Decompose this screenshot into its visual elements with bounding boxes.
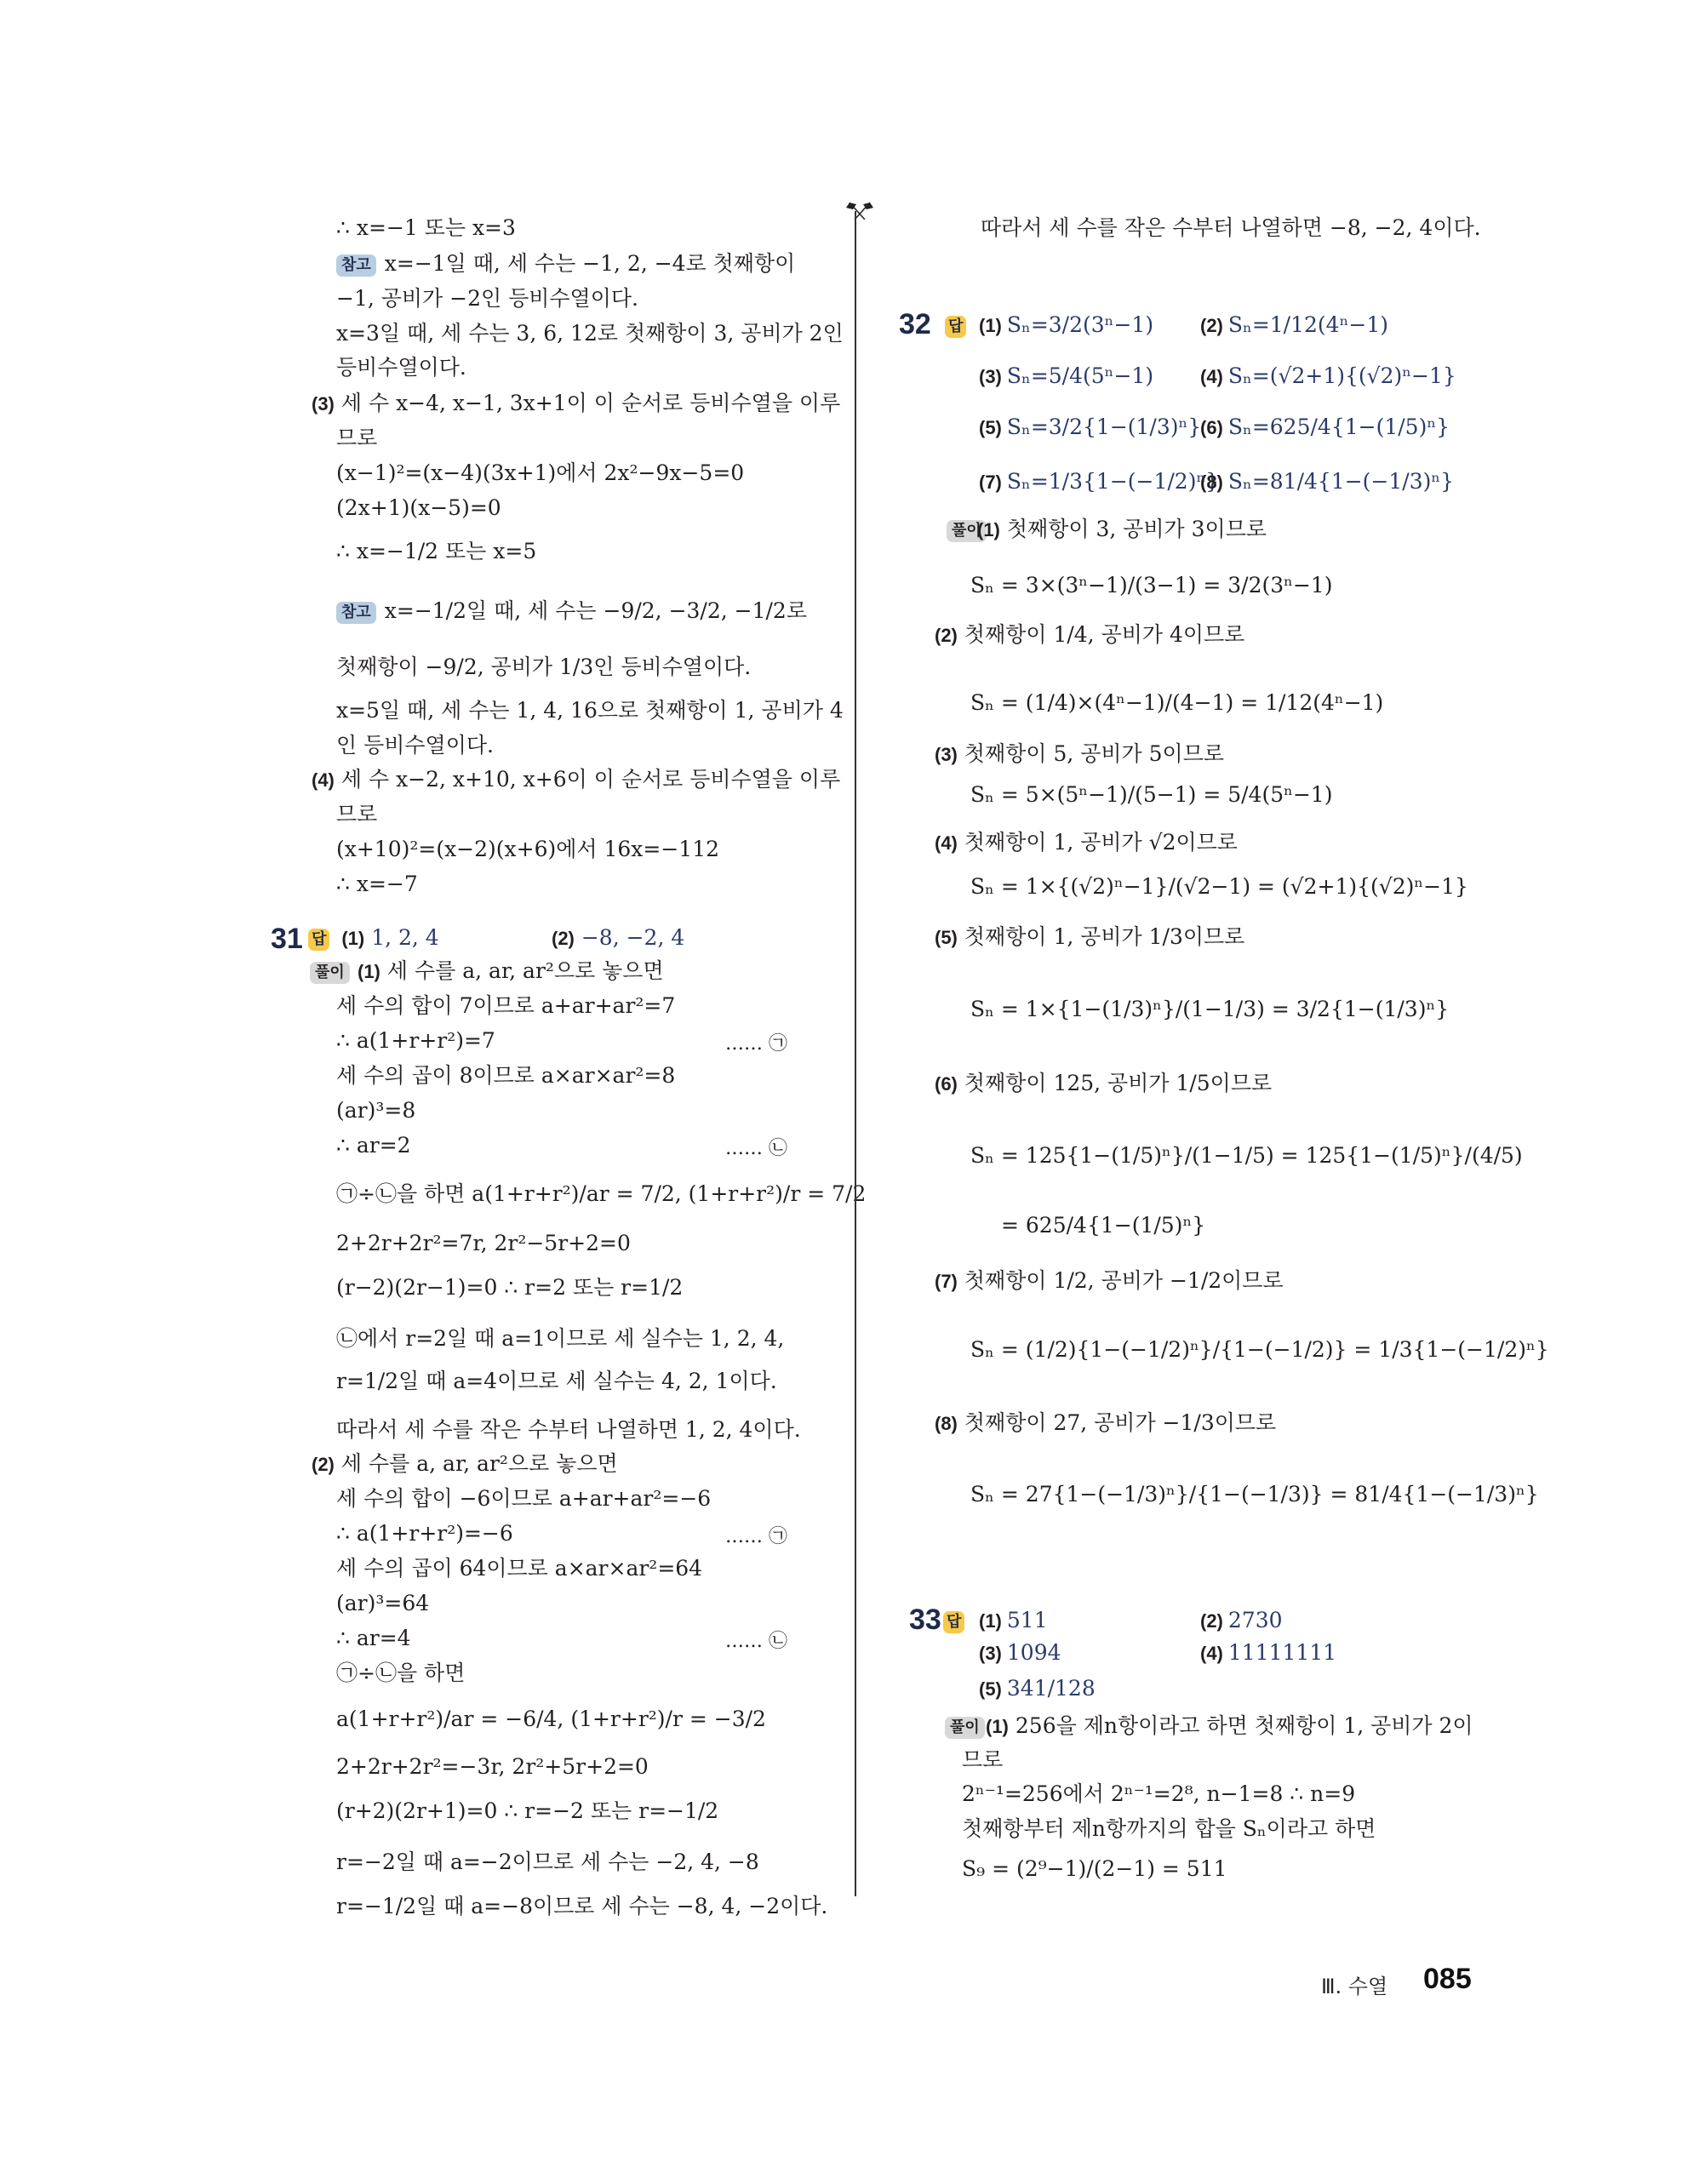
column-divider (855, 211, 856, 1896)
line-text: x=3일 때, 세 수는 3, 6, 12로 첫째항이 3, 공비가 2인 (336, 321, 844, 346)
answer-item: (4)Sₙ=(√2+1){(√2)ⁿ−1} (1200, 361, 1456, 392)
line-text: 첫째항이 1, 공비가 1/3이므로 (964, 924, 1244, 949)
line-text: 세 수를 a, ar, ar²으로 놓으면 (387, 958, 664, 983)
answer-value: −8, −2, 4 (581, 925, 684, 950)
sub-question-label: (7) (935, 1271, 958, 1292)
line-text: ∴ x=−1 또는 x=3 (336, 215, 516, 240)
answer-badge: 답 (308, 929, 329, 951)
answer-label: (7) (979, 472, 1002, 493)
solution-line: ∴ ar=4 (336, 1623, 411, 1654)
text-line: −1, 공비가 −2인 등비수열이다. (336, 283, 638, 314)
solution-line: (7)첫째항이 1/2, 공비가 −1/2이므로 (935, 1266, 1284, 1297)
solution-line: Sₙ = 1×{1−(1/3)ⁿ}/(1−1/3) = 3/2{1−(1/3)ⁿ… (970, 994, 1449, 1025)
line-text: 므로 (962, 1747, 1003, 1772)
line-text: 등비수열이다. (336, 355, 466, 380)
answer-label: (2) (1200, 1610, 1223, 1632)
solution-line: ㉠÷㉡을 하면 (336, 1658, 465, 1689)
line-text: (r+2)(2r+1)=0 ∴ r=−2 또는 r=−1/2 (336, 1798, 718, 1823)
solution-line: ∴ a(1+r+r²)=−6 (336, 1518, 513, 1549)
line-text: 므로 (336, 802, 377, 826)
page-number: 085 (1423, 1963, 1472, 1996)
sub-question-label: (3) (312, 393, 335, 415)
text-line: x=5일 때, 세 수는 1, 4, 16으로 첫째항이 1, 공비가 4 (336, 695, 844, 726)
line-text: 므로 (336, 426, 377, 450)
line-text: 세 수의 합이 −6이므로 a+ar+ar²=−6 (336, 1486, 711, 1511)
sub-question-label: (2) (935, 625, 958, 646)
answer-item: (1)511 (979, 1605, 1048, 1637)
solution-badge: 풀이 (310, 962, 350, 984)
sub-question-label: (4) (935, 832, 958, 854)
answer-label: (8) (1200, 472, 1223, 493)
answer-item: (8)Sₙ=81/4{1−(−1/3)ⁿ} (1200, 466, 1454, 498)
sub-question-label: (6) (935, 1073, 958, 1095)
solution-line: (ar)³=64 (336, 1588, 429, 1619)
line-text: 2+2r+2r²=−3r, 2r²+5r+2=0 (336, 1754, 649, 1779)
solution-line: ㉡에서 r=2일 때 a=1이므로 세 실수는 1, 2, 4, (336, 1324, 784, 1354)
line-text: ㉡에서 r=2일 때 a=1이므로 세 실수는 1, 2, 4, (336, 1326, 784, 1351)
solution-line: (8)첫째항이 27, 공비가 −1/3이므로 (935, 1408, 1276, 1439)
answer-item: (5)341/128 (979, 1673, 1096, 1705)
line-text: 세 수를 a, ar, ar²으로 놓으면 (341, 1451, 618, 1476)
question-number-33: 33 (909, 1604, 941, 1637)
answer-label: (1) (341, 928, 364, 949)
answer-label: (5) (979, 1678, 1002, 1700)
answer-value: 11111111 (1228, 1640, 1336, 1665)
line-text: 첫째항이 5, 공비가 5이므로 (964, 741, 1224, 766)
line-text: 세 수 x−4, x−1, 3x+1이 이 순서로 등비수열을 이루 (341, 391, 840, 415)
answer-item: (2)2730 (1200, 1605, 1283, 1637)
answer-value: 1094 (1007, 1640, 1061, 1665)
line-text: 세 수 x−2, x+10, x+6이 이 순서로 등비수열을 이루 (341, 767, 840, 792)
solution-line: 첫째항부터 제n항까지의 합을 Sₙ이라고 하면 (962, 1814, 1376, 1844)
answer-item: (3)Sₙ=5/4(5ⁿ−1) (979, 361, 1153, 392)
text-line: ∴ x=−7 (336, 869, 418, 900)
line-text: Sₙ = 1×{(√2)ⁿ−1}/(√2−1) = (√2+1){(√2)ⁿ−1… (970, 874, 1468, 899)
answer-value: 511 (1007, 1608, 1048, 1632)
text-line: (x−1)²=(x−4)(3x+1)에서 2x²−9x−5=0 (336, 458, 744, 489)
solution-line: 세 수의 곱이 8이므로 a×ar×ar²=8 (336, 1061, 675, 1091)
answer-item: (7)Sₙ=1/3{1−(−1/2)ⁿ} (979, 466, 1219, 498)
solution-line: (4)첫째항이 1, 공비가 √2이므로 (935, 827, 1238, 859)
line-text: −1, 공비가 −2인 등비수열이다. (336, 286, 638, 311)
text-line: ∴ x=−1 또는 x=3 (336, 213, 516, 243)
answer-label: (1) (979, 1610, 1002, 1632)
answer-item: (4)11111111 (1200, 1638, 1336, 1669)
line-text: ∴ x=−7 (336, 872, 418, 896)
line-text: (x+10)²=(x−2)(x+6)에서 16x=−112 (336, 837, 719, 861)
answer-value: 2730 (1228, 1608, 1283, 1632)
solution-line: 세 수의 곱이 64이므로 a×ar×ar²=64 (336, 1553, 702, 1584)
line-text: 첫째항이 1, 공비가 √2이므로 (964, 830, 1238, 855)
answer-badge: 답 (945, 316, 966, 338)
text-line: 참고x=−1/2일 때, 세 수는 −9/2, −3/2, −1/2로 (336, 596, 807, 626)
line-text: 첫째항이 1/2, 공비가 −1/2이므로 (964, 1268, 1284, 1293)
line-text: (2x+1)(x−5)=0 (336, 495, 501, 520)
answer-value: Sₙ=1/3{1−(−1/2)ⁿ} (1007, 469, 1219, 494)
document-page: ∴ x=−1 또는 x=3참고x=−1일 때, 세 수는 −1, 2, −4로 … (0, 0, 1682, 2184)
q33-answer-badge-row: 답 (943, 1605, 970, 1636)
line-text: r=1/2일 때 a=4이므로 세 실수는 4, 2, 1이다. (336, 1369, 777, 1393)
line-text: 2ⁿ⁻¹=256에서 2ⁿ⁻¹=2⁸, n−1=8 ∴ n=9 (962, 1781, 1355, 1806)
answer-label: (6) (1200, 417, 1223, 438)
line-text: Sₙ = 27{1−(−1/3)ⁿ}/{1−(−1/3)} = 81/4{1−(… (970, 1482, 1539, 1507)
answer-value: Sₙ=81/4{1−(−1/3)ⁿ} (1228, 469, 1454, 494)
text-line: 인 등비수열이다. (336, 730, 494, 761)
solution-line: Sₙ = (1/2){1−(−1/2)ⁿ}/{1−(−1/2)} = 1/3{1… (970, 1335, 1549, 1365)
line-text: 첫째항이 27, 공비가 −1/3이므로 (964, 1410, 1276, 1435)
solution-line: (1)첫째항이 3, 공비가 3이므로 (977, 514, 1267, 546)
text-line: (2x+1)(x−5)=0 (336, 493, 501, 523)
sub-question-label: (8) (935, 1413, 958, 1434)
solution-line: (2)첫째항이 1/4, 공비가 4이므로 (935, 620, 1244, 651)
solution-line: 2+2r+2r²=7r, 2r²−5r+2=0 (336, 1228, 631, 1259)
line-text: 256을 제n항이라고 하면 첫째항이 1, 공비가 2이 (1015, 1713, 1473, 1738)
line-text: x=−1/2일 때, 세 수는 −9/2, −3/2, −1/2로 (385, 598, 807, 623)
line-text: x=5일 때, 세 수는 1, 4, 16으로 첫째항이 1, 공비가 4 (336, 698, 844, 723)
solution-line: Sₙ = 27{1−(−1/3)ⁿ}/{1−(−1/3)} = 81/4{1−(… (970, 1479, 1539, 1510)
line-text: ∴ ar=2 (336, 1133, 411, 1158)
line-text: ㉠÷㉡을 하면 (336, 1661, 465, 1685)
line-text: Sₙ = (1/2){1−(−1/2)ⁿ}/{1−(−1/2)} = 1/3{1… (970, 1337, 1549, 1362)
question-number-31: 31 (271, 923, 303, 956)
line-text: r=−1/2일 때 a=−8이므로 세 수는 −8, 4, −2이다. (336, 1894, 827, 1918)
line-text: Sₙ = 125{1−(1/5)ⁿ}/(1−1/5) = 125{1−(1/5)… (970, 1143, 1523, 1168)
solution-line: (1)세 수를 a, ar, ar²으로 놓으면 (358, 956, 664, 987)
solution-line: 2ⁿ⁻¹=256에서 2ⁿ⁻¹=2⁸, n−1=8 ∴ n=9 (962, 1779, 1355, 1810)
sub-question-label: (4) (312, 769, 335, 791)
line-text: 첫째항이 1/4, 공비가 4이므로 (964, 622, 1244, 647)
sub-question-label: (2) (312, 1454, 335, 1475)
footer-section-title: Ⅲ. 수열 (1321, 1970, 1387, 1999)
solution-line: a(1+r+r²)/ar = −6/4, (1+r+r²)/r = −3/2 (336, 1704, 766, 1735)
solution-line: 세 수의 합이 7이므로 a+ar+ar²=7 (336, 991, 675, 1021)
equation-marker: …… ㉡ (725, 1134, 787, 1160)
answer-value: 341/128 (1007, 1676, 1096, 1701)
solution-line: r=−2일 때 a=−2이므로 세 수는 −2, 4, −8 (336, 1847, 759, 1878)
line-text: = 625/4{1−(1/5)ⁿ} (1001, 1213, 1205, 1238)
answer-label: (2) (1200, 315, 1223, 336)
line-text: r=−2일 때 a=−2이므로 세 수는 −2, 4, −8 (336, 1850, 759, 1874)
line-text: Sₙ = 1×{1−(1/3)ⁿ}/(1−1/3) = 3/2{1−(1/3)ⁿ… (970, 997, 1449, 1021)
equation-marker: …… ㉠ (725, 1029, 787, 1055)
solution-line: Sₙ = 1×{(√2)ⁿ−1}/(√2−1) = (√2+1){(√2)ⁿ−1… (970, 872, 1468, 902)
line-text: ∴ a(1+r+r²)=−6 (336, 1521, 513, 1546)
answer-label: (5) (979, 417, 1002, 438)
text-line: x=3일 때, 세 수는 3, 6, 12로 첫째항이 3, 공비가 2인 (336, 318, 844, 349)
answer-value: Sₙ=1/12(4ⁿ−1) (1228, 312, 1388, 337)
text-line: 첫째항이 −9/2, 공비가 1/3인 등비수열이다. (336, 652, 751, 683)
line-text: 따라서 세 수를 작은 수부터 나열하면 1, 2, 4이다. (336, 1417, 801, 1442)
text-line: (x+10)²=(x−2)(x+6)에서 16x=−112 (336, 834, 719, 865)
solution-line: (6)첫째항이 125, 공비가 1/5이므로 (935, 1068, 1272, 1100)
sub-question-label: (1) (977, 519, 1000, 540)
answer-value: Sₙ=3/2{1−(1/3)ⁿ} (1007, 415, 1201, 439)
solution-line: Sₙ = 5×(5ⁿ−1)/(5−1) = 5/4(5ⁿ−1) (970, 780, 1333, 810)
text-line: 므로 (336, 799, 377, 830)
note-badge: 참고 (336, 254, 376, 277)
solution-line: (3)첫째항이 5, 공비가 5이므로 (935, 739, 1224, 770)
line-text: 세 수의 곱이 8이므로 a×ar×ar²=8 (336, 1063, 675, 1088)
line-text: 첫째항부터 제n항까지의 합을 Sₙ이라고 하면 (962, 1816, 1376, 1841)
line-text: ㉠÷㉡을 하면 a(1+r+r²)/ar = 7/2, (1+r+r²)/r =… (336, 1181, 866, 1206)
answer-item: (2)Sₙ=1/12(4ⁿ−1) (1200, 310, 1388, 341)
solution-line: (5)첫째항이 1, 공비가 1/3이므로 (935, 922, 1244, 953)
line-text: 첫째항이 −9/2, 공비가 1/3인 등비수열이다. (336, 655, 751, 679)
solution-line: 세 수의 합이 −6이므로 a+ar+ar²=−6 (336, 1484, 711, 1514)
solution-line: Sₙ = (1/4)×(4ⁿ−1)/(4−1) = 1/12(4ⁿ−1) (970, 688, 1383, 718)
answer-badge: 답 (943, 1611, 964, 1633)
answer-value: Sₙ=5/4(5ⁿ−1) (1007, 363, 1153, 388)
line-text: ∴ a(1+r+r²)=7 (336, 1028, 495, 1053)
line-text: 2+2r+2r²=7r, 2r²−5r+2=0 (336, 1231, 631, 1255)
answer-label: (1) (979, 315, 1002, 336)
line-text: ∴ ar=4 (336, 1626, 411, 1650)
q31-solution-badge-row: 풀이 (310, 956, 358, 986)
answer-label: (3) (979, 1643, 1002, 1664)
q31-answer-2: (2) −8, −2, 4 (552, 923, 684, 954)
solution-line: ∴ ar=2 (336, 1130, 411, 1161)
sub-question-label: (1) (358, 961, 380, 982)
solution-line: 2+2r+2r²=−3r, 2r²+5r+2=0 (336, 1752, 649, 1782)
solution-line: (1)256을 제n항이라고 하면 첫째항이 1, 공비가 2이 (986, 1711, 1473, 1742)
solution-badge: 풀이 (945, 1717, 985, 1739)
answer-value: 1, 2, 4 (371, 925, 439, 950)
text-line: 므로 (336, 423, 377, 454)
q32-answer-badge-row: 답 (945, 310, 971, 340)
answer-label: (4) (1200, 1643, 1223, 1664)
line-text: (x−1)²=(x−4)(3x+1)에서 2x²−9x−5=0 (336, 460, 744, 485)
line-text: Sₙ = 5×(5ⁿ−1)/(5−1) = 5/4(5ⁿ−1) (970, 782, 1333, 807)
line-text: 인 등비수열이다. (336, 733, 494, 758)
line-text: 세 수의 곱이 64이므로 a×ar×ar²=64 (336, 1556, 702, 1581)
solution-line: r=−1/2일 때 a=−8이므로 세 수는 −8, 4, −2이다. (336, 1891, 827, 1922)
line-text: S₉ = (2⁹−1)/(2−1) = 511 (962, 1856, 1227, 1881)
line-text: (ar)³=64 (336, 1591, 429, 1615)
note-badge: 참고 (336, 602, 376, 624)
solution-line: r=1/2일 때 a=4이므로 세 실수는 4, 2, 1이다. (336, 1366, 777, 1397)
line-text: Sₙ = (1/4)×(4ⁿ−1)/(4−1) = 1/12(4ⁿ−1) (970, 690, 1383, 715)
solution-line: (r−2)(2r−1)=0 ∴ r=2 또는 r=1/2 (336, 1272, 683, 1303)
solution-line: = 625/4{1−(1/5)ⁿ} (1001, 1210, 1205, 1241)
line-text: 첫째항이 125, 공비가 1/5이므로 (964, 1071, 1272, 1095)
equation-marker: …… ㉠ (725, 1522, 787, 1548)
solution-line: S₉ = (2⁹−1)/(2−1) = 511 (962, 1854, 1227, 1884)
line-text: (ar)³=8 (336, 1098, 415, 1123)
answer-item: (5)Sₙ=3/2{1−(1/3)ⁿ} (979, 412, 1201, 443)
text-line: (3)세 수 x−4, x−1, 3x+1이 이 순서로 등비수열을 이루 (312, 388, 840, 420)
right-top-line: 따라서 세 수를 작은 수부터 나열하면 −8, −2, 4이다. (981, 213, 1481, 243)
solution-line: Sₙ = 3×(3ⁿ−1)/(3−1) = 3/2(3ⁿ−1) (970, 570, 1333, 601)
answer-label: (3) (979, 366, 1002, 387)
solution-line: (2)세 수를 a, ar, ar²으로 놓으면 (312, 1449, 618, 1480)
solution-line: ㉠÷㉡을 하면 a(1+r+r²)/ar = 7/2, (1+r+r²)/r =… (336, 1179, 866, 1209)
equation-marker: …… ㉡ (725, 1627, 787, 1653)
line-text: ∴ x=−1/2 또는 x=5 (336, 539, 536, 563)
crossed-flags-icon (844, 201, 875, 225)
sub-question-label: (1) (986, 1716, 1009, 1737)
sub-question-label: (3) (935, 744, 958, 765)
answer-value: Sₙ=625/4{1−(1/5)ⁿ} (1228, 415, 1450, 439)
line-text: (r−2)(2r−1)=0 ∴ r=2 또는 r=1/2 (336, 1275, 683, 1300)
solution-line: (r+2)(2r+1)=0 ∴ r=−2 또는 r=−1/2 (336, 1796, 718, 1827)
answer-label: (2) (552, 928, 575, 949)
answer-value: Sₙ=(√2+1){(√2)ⁿ−1} (1228, 363, 1456, 388)
text-line: ∴ x=−1/2 또는 x=5 (336, 536, 536, 567)
solution-line: 므로 (962, 1745, 1003, 1775)
line-text: x=−1일 때, 세 수는 −1, 2, −4로 첫째항이 (385, 251, 795, 276)
text-line: (4)세 수 x−2, x+10, x+6이 이 순서로 등비수열을 이루 (312, 764, 840, 796)
answer-label: (4) (1200, 366, 1223, 387)
q31-answer-row: 답 (1) 1, 2, 4 (308, 923, 439, 954)
solution-line: Sₙ = 125{1−(1/5)ⁿ}/(1−1/5) = 125{1−(1/5)… (970, 1141, 1523, 1171)
line-text: Sₙ = 3×(3ⁿ−1)/(3−1) = 3/2(3ⁿ−1) (970, 573, 1333, 597)
text-line: 참고x=−1일 때, 세 수는 −1, 2, −4로 첫째항이 (336, 249, 795, 279)
text-line: 등비수열이다. (336, 352, 466, 383)
answer-item: (1)Sₙ=3/2(3ⁿ−1) (979, 310, 1153, 341)
solution-line: 따라서 세 수를 작은 수부터 나열하면 1, 2, 4이다. (336, 1415, 801, 1445)
answer-item: (6)Sₙ=625/4{1−(1/5)ⁿ} (1200, 412, 1450, 443)
line-text: a(1+r+r²)/ar = −6/4, (1+r+r²)/r = −3/2 (336, 1707, 766, 1731)
solution-line: ∴ a(1+r+r²)=7 (336, 1026, 495, 1056)
line-text: 첫째항이 3, 공비가 3이므로 (1007, 517, 1267, 541)
answer-item: (3)1094 (979, 1638, 1061, 1669)
sub-question-label: (5) (935, 927, 958, 948)
answer-value: Sₙ=3/2(3ⁿ−1) (1007, 312, 1153, 337)
line-text: 세 수의 합이 7이므로 a+ar+ar²=7 (336, 993, 675, 1018)
solution-line: (ar)³=8 (336, 1095, 415, 1126)
question-number-32: 32 (899, 308, 931, 341)
